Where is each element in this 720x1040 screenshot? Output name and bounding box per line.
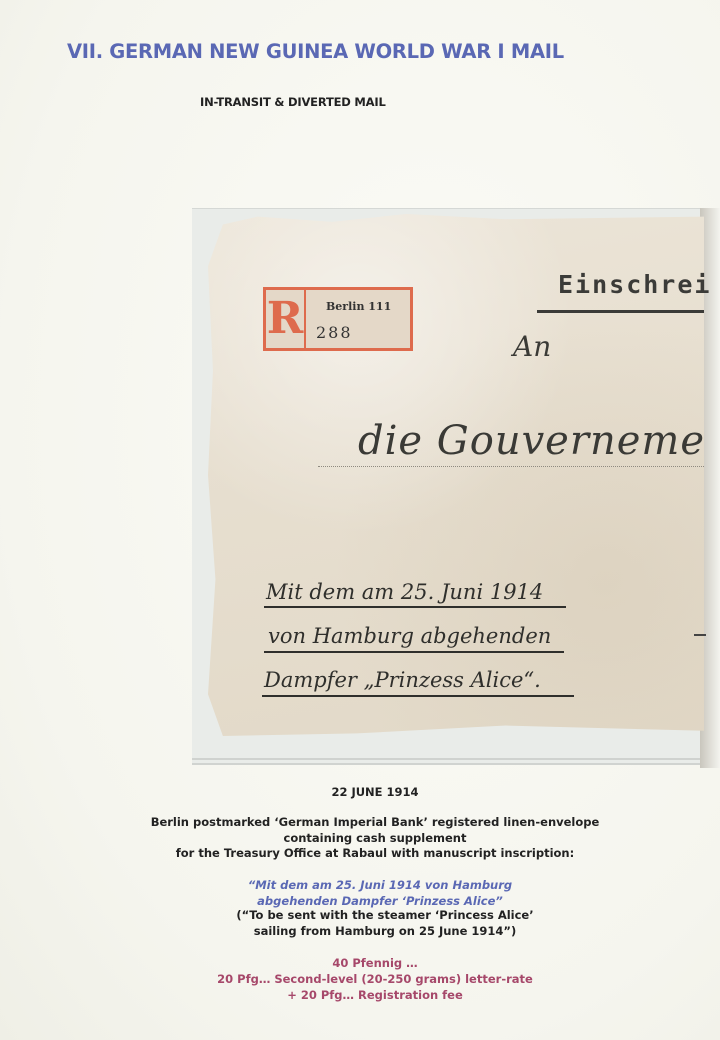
- postage-rates: 40 Pfennig … 20 Pfg… Second-level (20-25…: [0, 955, 720, 1003]
- printed-heading: Einschrei: [558, 270, 711, 299]
- sleeve-edge-line: [192, 758, 712, 760]
- german-quote-line: “Mit dem am 25. Juni 1914 von Hamburg: [0, 877, 720, 893]
- english-translation-line: sailing from Hamburg on 25 June 1914”): [0, 923, 720, 939]
- manuscript-underline-1: [264, 606, 566, 608]
- description-line: containing cash supplement: [0, 831, 720, 847]
- address-dash: [694, 634, 706, 636]
- rate-line: + 20 Pfg… Registration fee: [0, 987, 720, 1003]
- manuscript-line-1: Mit dem am 25. Juni 1914: [266, 580, 543, 604]
- rate-line: 20 Pfg… Second-level (20-250 grams) lett…: [0, 971, 720, 987]
- addressee-prefix: An: [513, 330, 551, 363]
- registration-r-icon: R: [266, 290, 306, 348]
- english-translation-line: (“To be sent with the steamer ‘Princess …: [0, 907, 720, 923]
- page-title: VII. GERMAN NEW GUINEA WORLD WAR I MAIL: [67, 40, 564, 63]
- section-subtitle: IN-TRANSIT & DIVERTED MAIL: [200, 95, 386, 109]
- address-dotted-line: [318, 466, 704, 467]
- heading-underline: [537, 310, 704, 313]
- manuscript-underline-3: [262, 695, 574, 697]
- rate-line: 40 Pfennig …: [0, 955, 720, 971]
- cover-description: Berlin postmarked ‘German Imperial Bank’…: [0, 815, 720, 862]
- registration-office: Berlin 111: [326, 300, 391, 313]
- addressee: die Gouverneme: [358, 418, 705, 464]
- cover-date: 22 JUNE 1914: [0, 785, 720, 799]
- english-translation: (“To be sent with the steamer ‘Princess …: [0, 907, 720, 939]
- german-quote: “Mit dem am 25. Juni 1914 von Hamburg ab…: [0, 877, 720, 909]
- manuscript-line-3: Dampfer „Prinzess Alice“.: [264, 668, 541, 692]
- registration-label: R Berlin 111 288: [263, 287, 413, 351]
- description-line: Berlin postmarked ‘German Imperial Bank’…: [0, 815, 720, 831]
- manuscript-underline-2: [264, 651, 564, 653]
- description-line: for the Treasury Office at Rabaul with m…: [0, 846, 720, 862]
- registration-number: 288: [316, 323, 353, 342]
- manuscript-line-2: von Hamburg abgehenden: [268, 624, 551, 648]
